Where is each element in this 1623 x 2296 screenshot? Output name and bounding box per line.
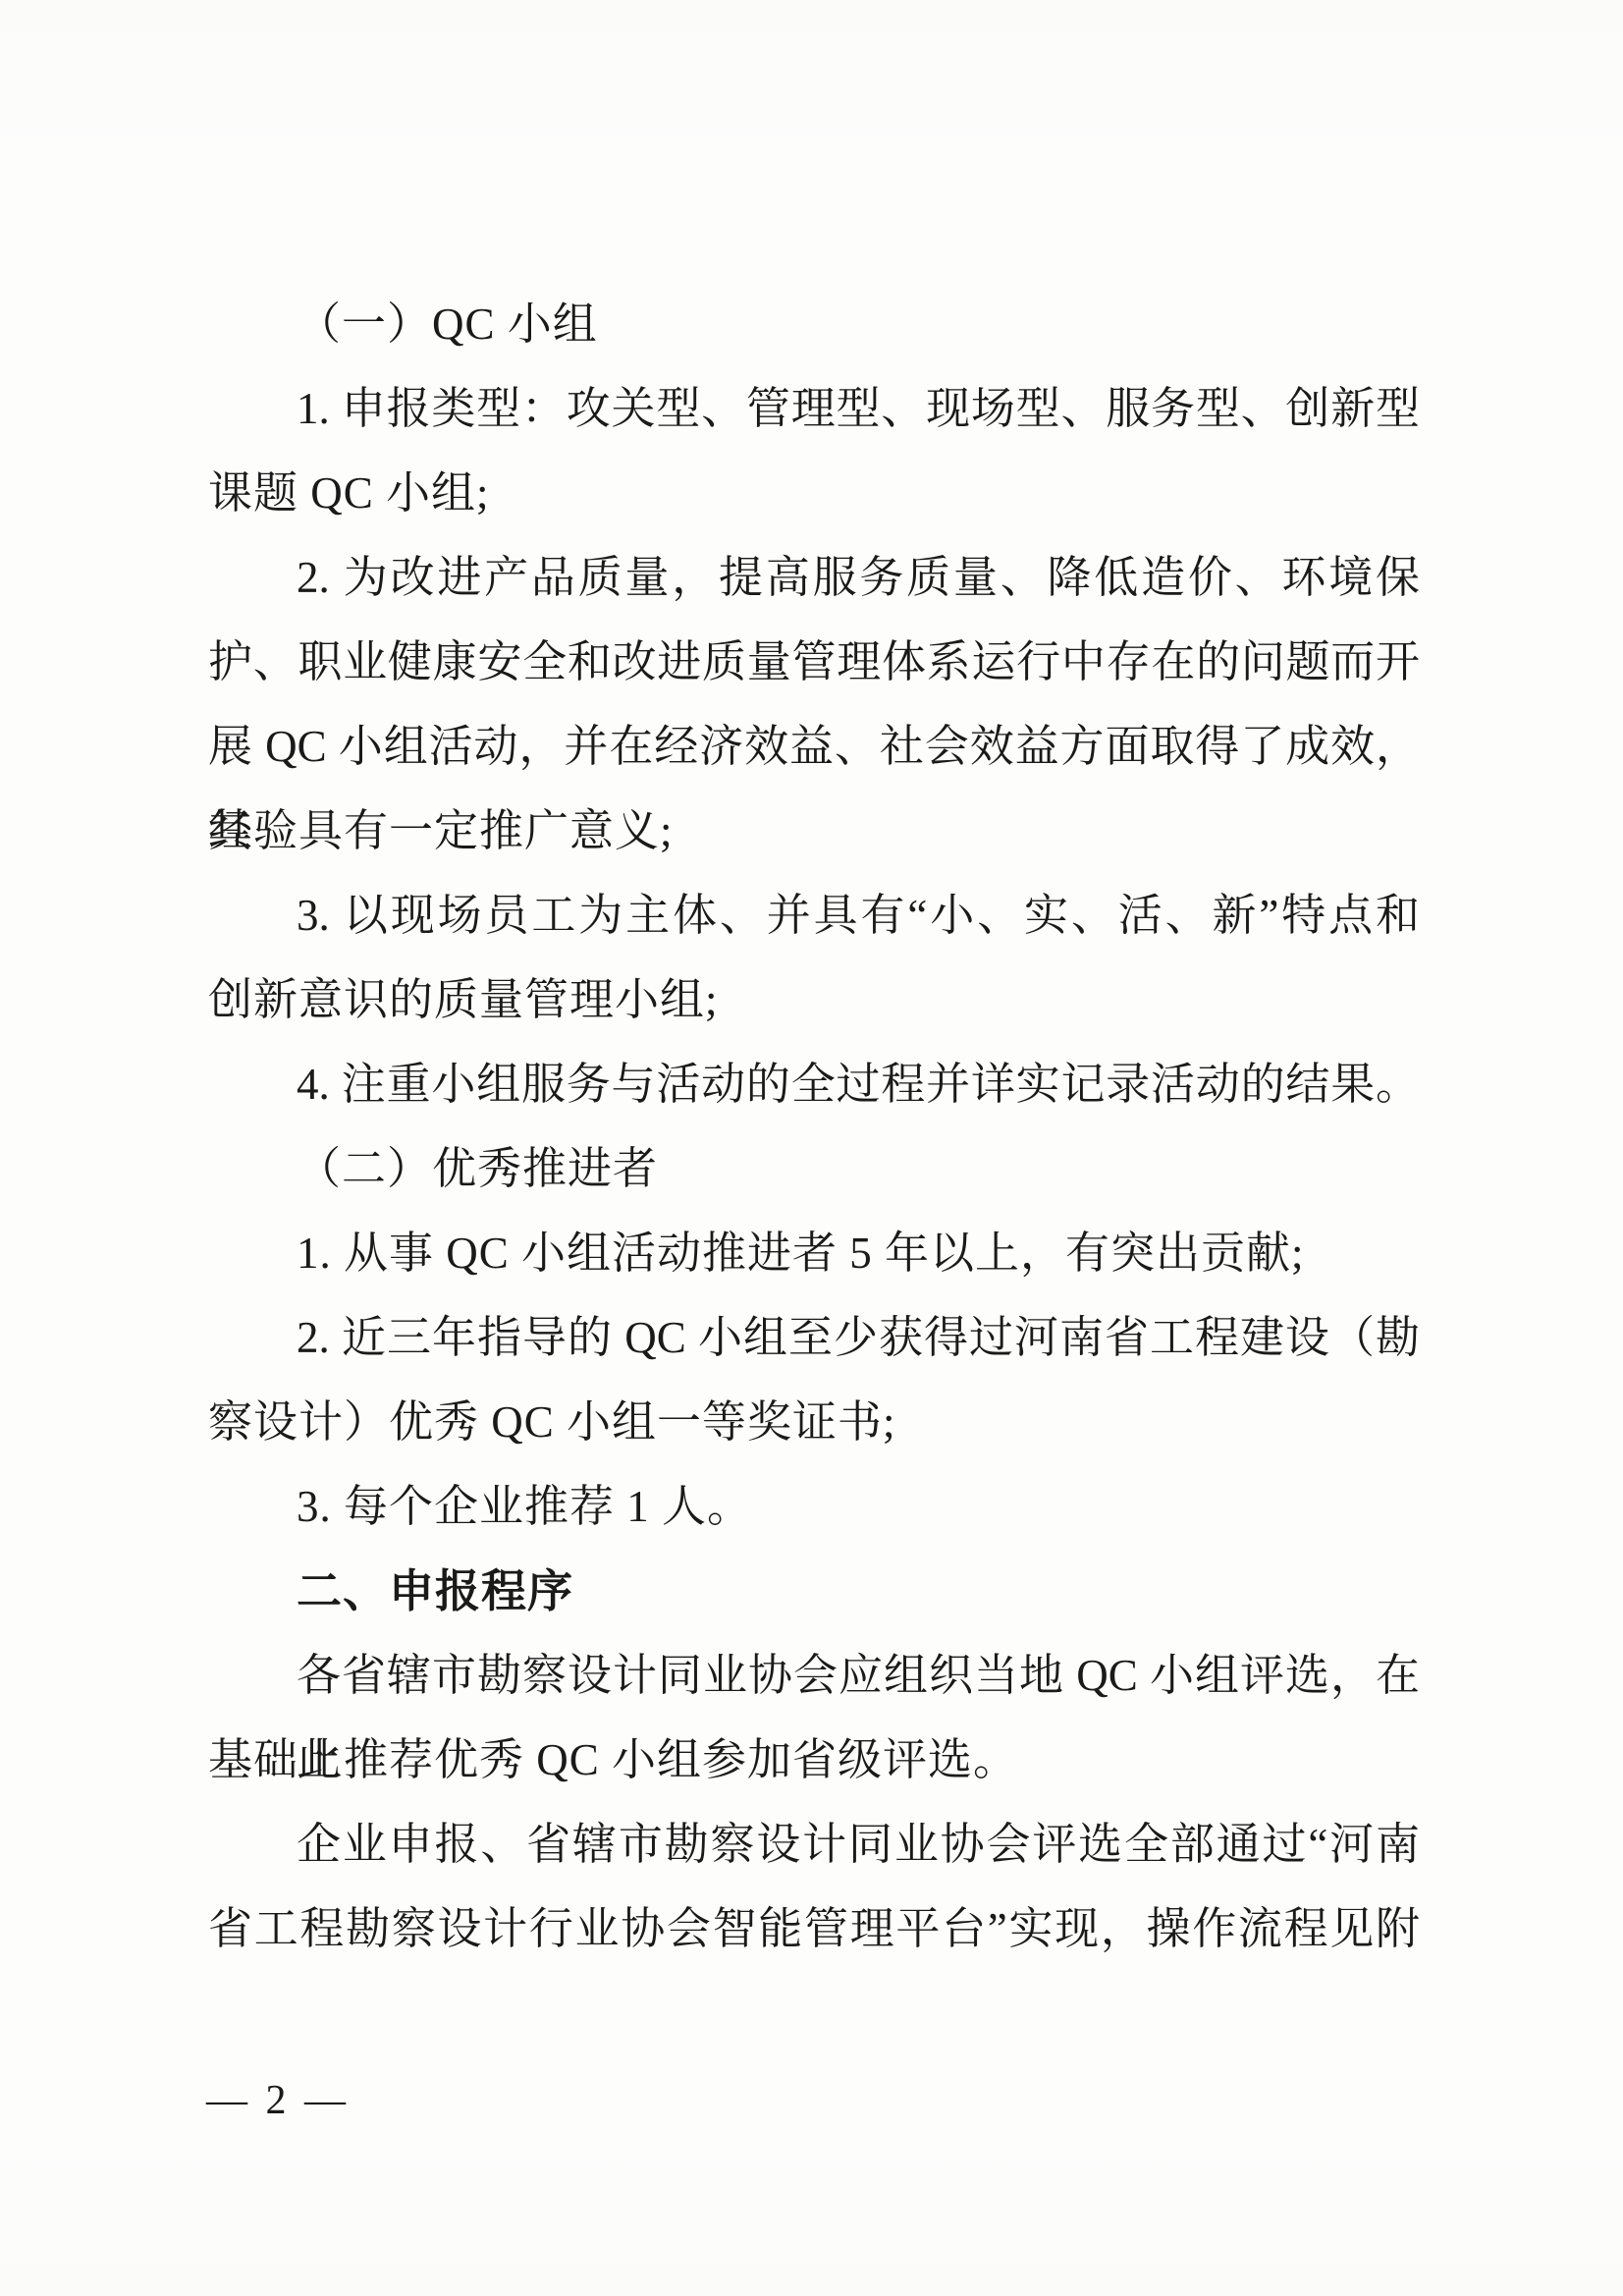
text-line: 课题 QC 小组; bbox=[208, 451, 1420, 535]
document-page: （一）QC 小组1. 申报类型：攻关型、管理型、现场型、服务型、创新型课题 QC… bbox=[0, 0, 1623, 2296]
text-line: （二）优秀推进者 bbox=[208, 1126, 1420, 1211]
text-line: 企业申报、省辖市勘察设计同业协会评选全部通过“河南 bbox=[208, 1802, 1420, 1886]
text-line: 4. 注重小组服务与活动的全过程并详实记录活动的结果。 bbox=[208, 1042, 1420, 1126]
document-body: （一）QC 小组1. 申报类型：攻关型、管理型、现场型、服务型、创新型课题 QC… bbox=[208, 282, 1420, 1971]
text-line: 1. 申报类型：攻关型、管理型、现场型、服务型、创新型 bbox=[208, 366, 1420, 451]
text-line: 省工程勘察设计行业协会智能管理平台”实现，操作流程见附 bbox=[208, 1886, 1420, 1971]
text-line: 展 QC 小组活动，并在经济效益、社会效益方面取得了成效，其 bbox=[208, 704, 1420, 789]
text-line: 基础上推荐优秀 QC 小组参加省级评选。 bbox=[208, 1718, 1420, 1802]
text-line: （一）QC 小组 bbox=[208, 282, 1420, 366]
text-line: 经验具有一定推广意义; bbox=[208, 789, 1420, 873]
text-line: 3. 每个企业推荐 1 人。 bbox=[208, 1464, 1420, 1549]
text-line: 2. 近三年指导的 QC 小组至少获得过河南省工程建设（勘 bbox=[208, 1295, 1420, 1380]
text-line: 各省辖市勘察设计同业协会应组织当地 QC 小组评选，在此 bbox=[208, 1633, 1420, 1718]
text-line: 创新意识的质量管理小组; bbox=[208, 957, 1420, 1042]
text-line: 3. 以现场员工为主体、并具有“小、实、活、新”特点和 bbox=[208, 873, 1420, 957]
page-number: — 2 — bbox=[206, 2074, 350, 2127]
text-line: 2. 为改进产品质量，提高服务质量、降低造价、环境保 bbox=[208, 535, 1420, 620]
text-line: 护、职业健康安全和改进质量管理体系运行中存在的问题而开 bbox=[208, 620, 1420, 704]
text-line: 1. 从事 QC 小组活动推进者 5 年以上，有突出贡献; bbox=[208, 1211, 1420, 1295]
text-line: 二、申报程序 bbox=[208, 1549, 1420, 1633]
text-line: 察设计）优秀 QC 小组一等奖证书; bbox=[208, 1380, 1420, 1464]
